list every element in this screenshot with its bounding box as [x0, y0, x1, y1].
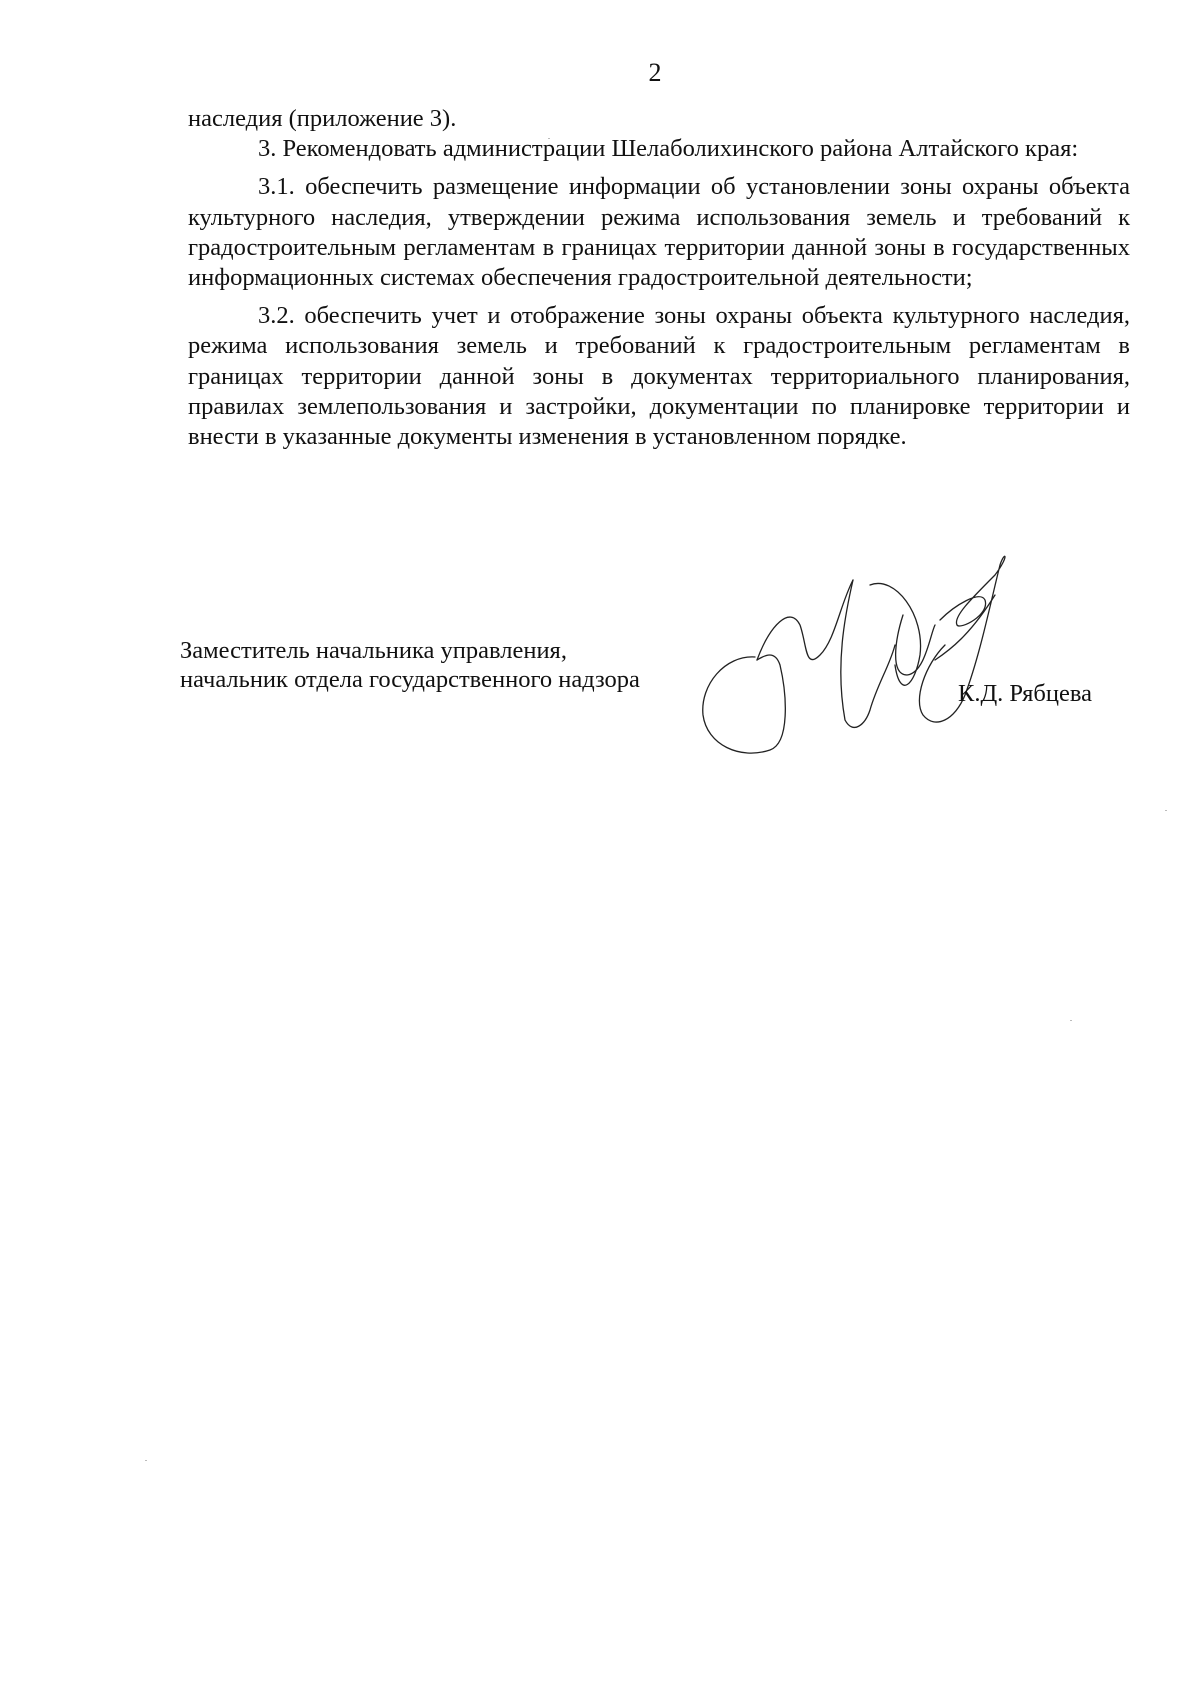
signer-position-line-2: начальник отдела государственного надзор… — [180, 665, 640, 694]
signer-position: Заместитель начальника управления, начал… — [180, 636, 640, 694]
scan-speck — [548, 138, 550, 139]
paragraph-item-3: 3. Рекомендовать администрации Шелаболих… — [188, 134, 1130, 164]
paragraph-continuation: наследия (приложение 3). — [188, 104, 1130, 134]
document-body: наследия (приложение 3). 3. Рекомендоват… — [188, 104, 1130, 452]
scan-speck — [1165, 810, 1167, 811]
scan-speck — [145, 1460, 147, 1461]
handwritten-signature-icon — [695, 545, 1025, 760]
page-number: 2 — [0, 58, 1200, 88]
paragraph-item-3-1: 3.1. обеспечить размещение информации об… — [188, 172, 1130, 293]
signer-position-line-1: Заместитель начальника управления, — [180, 636, 640, 665]
scan-speck — [1070, 1020, 1072, 1021]
signer-name: К.Д. Рябцева — [958, 680, 1092, 708]
paragraph-item-3-2: 3.2. обеспечить учет и отображение зоны … — [188, 301, 1130, 452]
